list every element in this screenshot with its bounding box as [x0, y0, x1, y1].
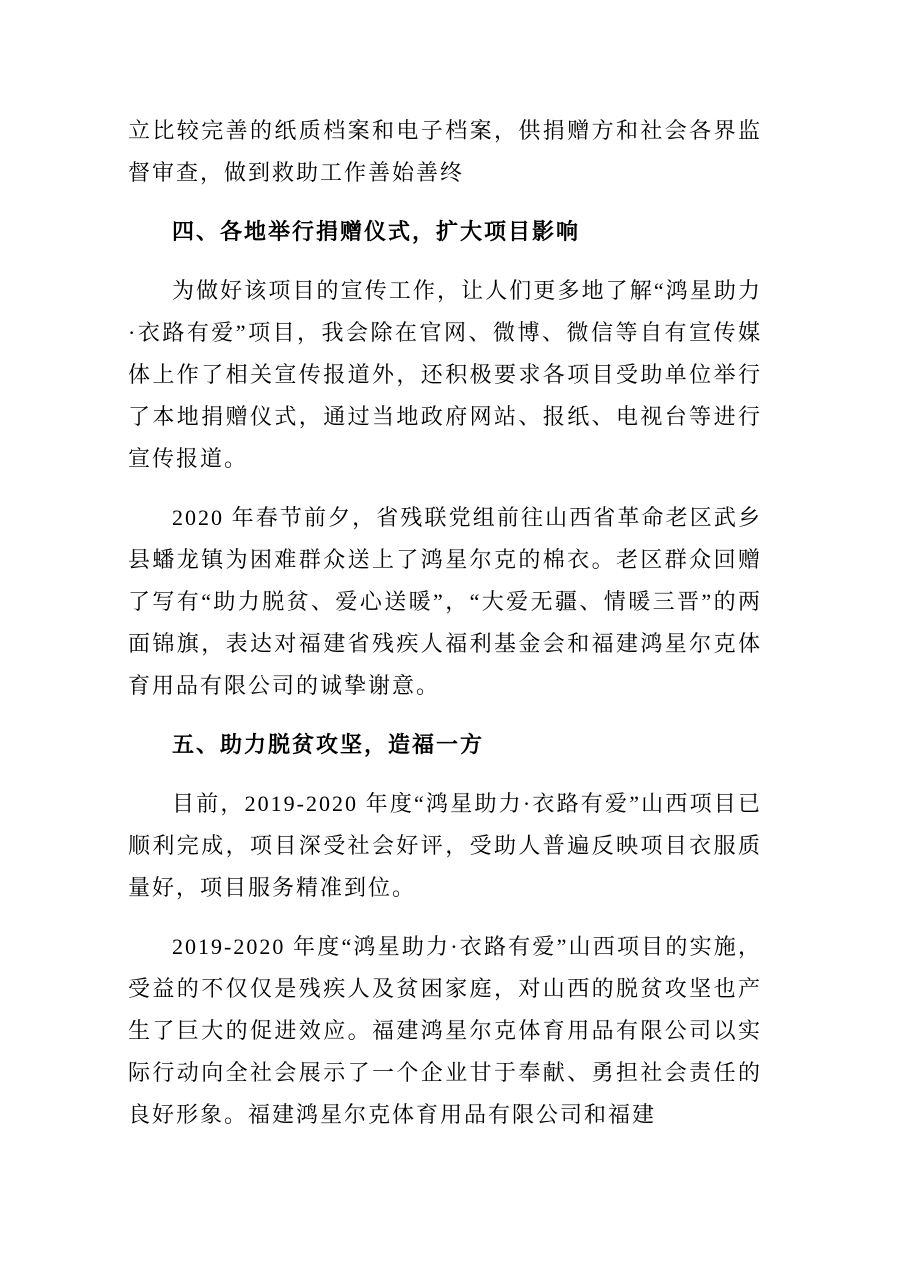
document-page: 立比较完善的纸质档案和电子档案，供捐赠方和社会各界监督审查，做到救助工作善始善终… — [0, 0, 900, 1272]
paragraph-project-impact: 2019-2020 年度“鸿星助力·衣路有爱”山西项目的实施，受益的不仅仅是残疾… — [128, 926, 762, 1136]
section-heading-four: 四、各地举行捐赠仪式，扩大项目影响 — [128, 211, 762, 253]
section-heading-five: 五、助力脱贫攻坚，造福一方 — [128, 724, 762, 766]
paragraph-continuation: 立比较完善的纸质档案和电子档案，供捐赠方和社会各界监督审查，做到救助工作善始善终 — [128, 110, 762, 194]
paragraph-spring-festival: 2020 年春节前夕，省残联党组前往山西省革命老区武乡县蟠龙镇为困难群众送上了鸿… — [128, 497, 762, 707]
paragraph-publicity: 为做好该项目的宣传工作，让人们更多地了解“鸿星助力·衣路有爱”项目，我会除在官网… — [128, 270, 762, 480]
paragraph-project-completed: 目前，2019-2020 年度“鸿星助力·衣路有爱”山西项目已顺利完成，项目深受… — [128, 783, 762, 909]
